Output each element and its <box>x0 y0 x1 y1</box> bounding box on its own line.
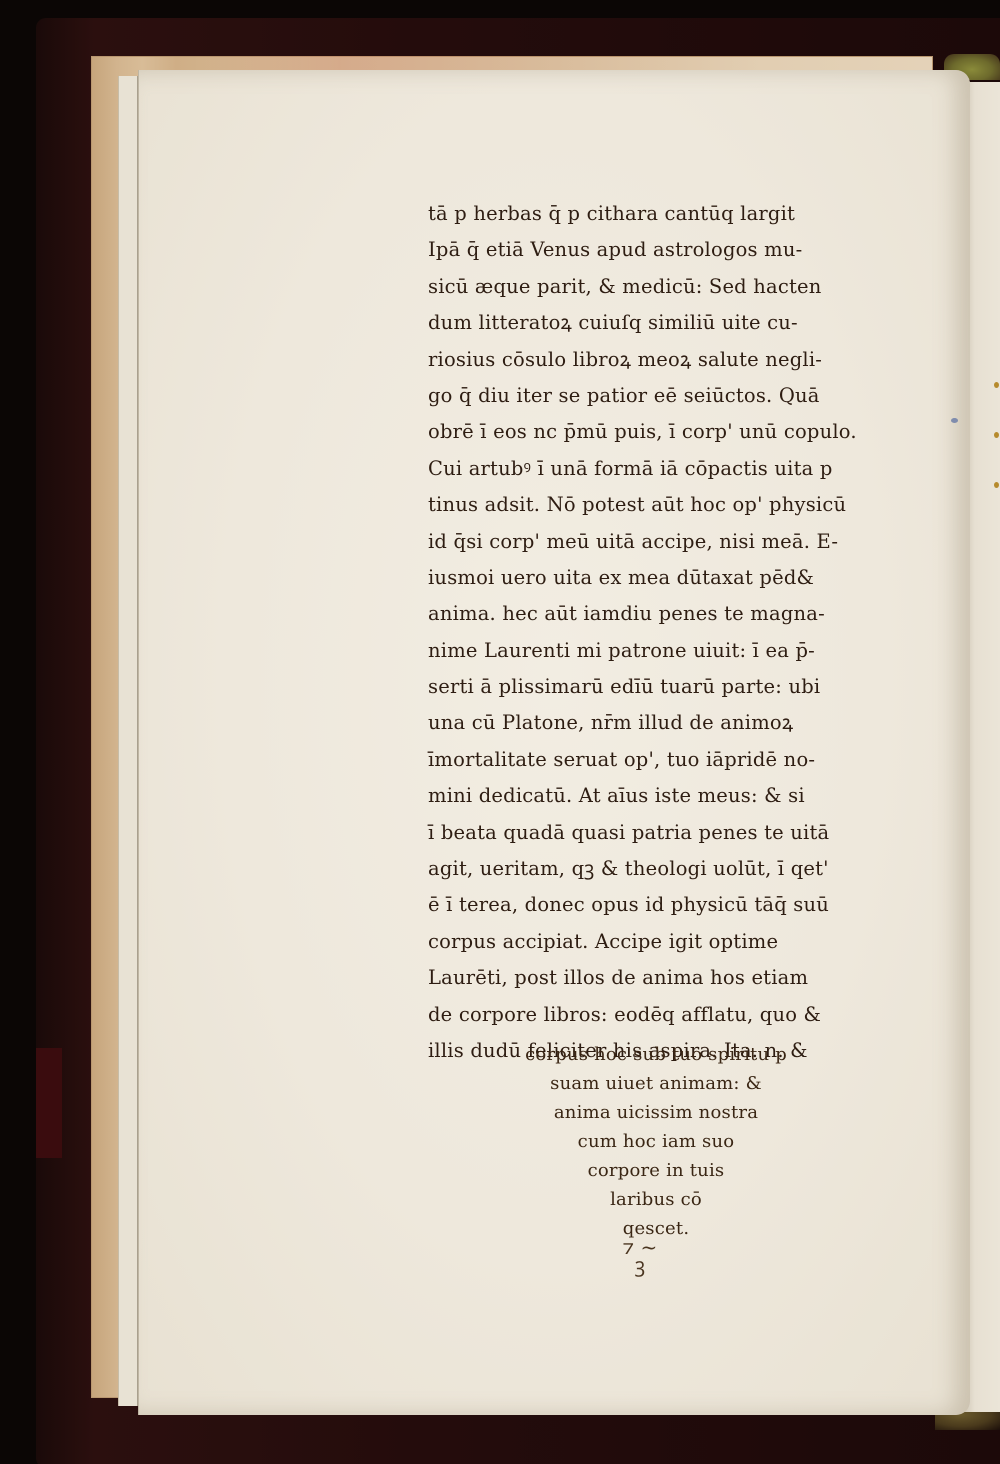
text-line: tā p herbas q̄ p cithara cantūq largit <box>428 196 868 232</box>
text-line: dum litteratoꝝ cuiuſq similiū uite cu- <box>428 305 868 341</box>
colophon-line: corpore in tuis <box>436 1156 876 1185</box>
text-line: ē ī terea, donec opus id physicū tāq̄ su… <box>428 887 868 923</box>
marginal-dot <box>994 432 999 438</box>
marginal-dot <box>994 482 999 488</box>
text-line: Laurēti, post illos de anima hos etiam <box>428 960 868 996</box>
binding-highlight <box>36 1048 62 1158</box>
page-fold-line <box>138 70 139 1415</box>
text-line: tinus adsit. Nō potest aūt hoc op' physi… <box>428 487 868 523</box>
colophon-line: anima uicissim nostra <box>436 1098 876 1127</box>
text-line: serti ā plissimarū edīū tuarū parte: ubi <box>428 669 868 705</box>
text-line: anima. hec aūt iamdiu penes te magna- <box>428 596 868 632</box>
colophon-line: suam uiuet animam: & <box>436 1069 876 1098</box>
text-line: ī beata quadā quasi patria penes te uitā <box>428 815 868 851</box>
main-text-block: tā p herbas q̄ p cithara cantūq largit I… <box>428 196 868 1069</box>
manuscript-photo: tā p herbas q̄ p cithara cantūq largit I… <box>0 0 1000 1464</box>
explicit-flourish-icon: ⁊ ~ ꝫ <box>620 1238 660 1274</box>
text-line: Cui artubꝰ ī unā formā iā cōpactis uita … <box>428 451 868 487</box>
text-line: id q̄si corp' meū uitā accipe, nisi meā.… <box>428 524 868 560</box>
text-line: sicū æque parit, & medicū: Sed hacten <box>428 269 868 305</box>
colophon-line: cum hoc iam suo <box>436 1127 876 1156</box>
colophon-line: laribus cō <box>436 1185 876 1214</box>
text-line: obrē ī eos nc p̄mū puis, ī corp' unū cop… <box>428 414 868 450</box>
text-line: iusmoi uero uita ex mea dūtaxat pēd& <box>428 560 868 596</box>
text-line: mini dedicatū. At aīus iste meus: & si <box>428 778 868 814</box>
ink-speck <box>951 418 958 423</box>
colophon-line: corpus hoc sub tuo spiritu p <box>436 1040 876 1069</box>
text-line: corpus accipiat. Accipe igit optime <box>428 924 868 960</box>
text-line: riosius cōsulo libroꝝ meoꝝ salute negli- <box>428 342 868 378</box>
text-line: una cū Platone, nr̄m illud de animoꝝ <box>428 705 868 741</box>
text-line: nime Laurenti mi patrone uiuit: ī ea p̄- <box>428 633 868 669</box>
text-line: agit, ueritam, qꝫ & theologi uolūt, ī qe… <box>428 851 868 887</box>
text-line: Ipā q̄ etiā Venus apud astrologos mu- <box>428 232 868 268</box>
text-line: īmortalitate seruat op', tuo iāpridē no- <box>428 742 868 778</box>
marginal-dot <box>994 382 999 388</box>
text-line: de corpore libros: eodēq afflatu, quo & <box>428 997 868 1033</box>
tapering-colophon: corpus hoc sub tuo spiritu p suam uiuet … <box>436 1040 876 1243</box>
text-line: go q̄ diu iter se patior eē seiūctos. Qu… <box>428 378 868 414</box>
